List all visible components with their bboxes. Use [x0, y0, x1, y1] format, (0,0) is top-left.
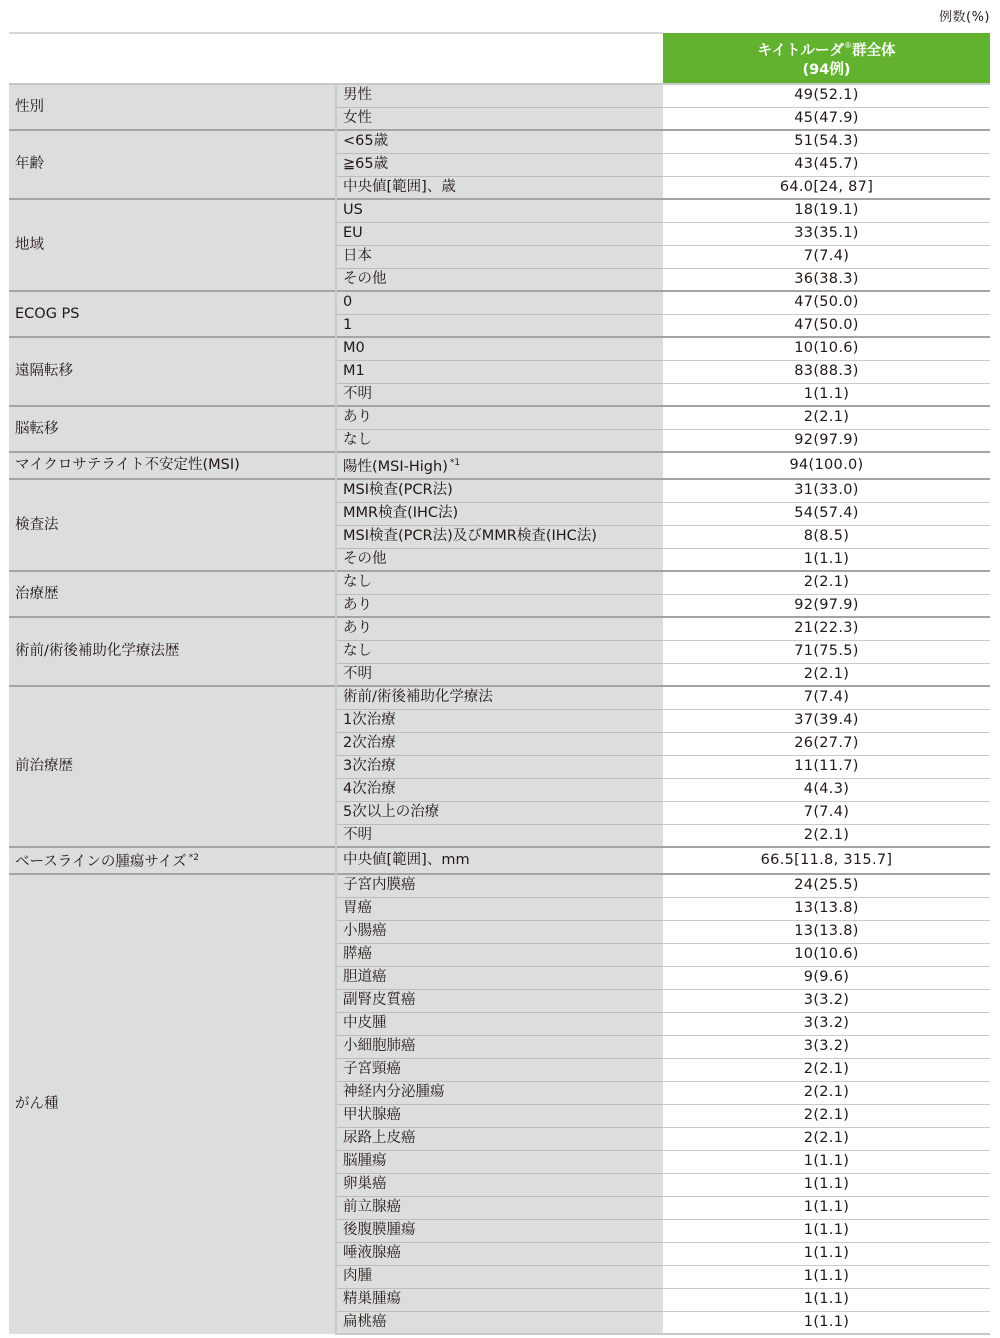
subcategory-cell: 1次治療 — [336, 709, 663, 732]
subcategory-cell: 陽性(MSI-High)*1 — [336, 452, 663, 479]
subcategory-cell: あり — [336, 594, 663, 617]
category-cell: 地域 — [9, 199, 336, 291]
subcategory-label: 術前/術後補助化学療法 — [343, 689, 493, 705]
footnote-marker: *2 — [189, 853, 199, 863]
subcategory-label: MSI検査(PCR法) — [343, 482, 453, 498]
subcategory-cell: 0 — [336, 291, 663, 314]
subcategory-cell: その他 — [336, 548, 663, 571]
subcategory-label: その他 — [343, 551, 387, 567]
subcategory-label: 小腸癌 — [343, 923, 387, 939]
category-label: 性別 — [15, 99, 44, 115]
value-cell: 1(1.1) — [663, 1173, 990, 1196]
table-row: 遠隔転移M010(10.6) — [9, 337, 990, 360]
subcategory-label: 子宮頸癌 — [343, 1061, 401, 1077]
value-cell: 94(100.0) — [663, 452, 990, 479]
value-cell: 1(1.1) — [663, 1311, 990, 1334]
subcategory-label: あり — [343, 597, 372, 613]
value-cell: 37(39.4) — [663, 709, 990, 732]
subcategory-label: 小細胞肺癌 — [343, 1038, 416, 1054]
subcategory-label: あり — [343, 620, 372, 636]
value-cell: 47(50.0) — [663, 291, 990, 314]
subcategory-label: 男性 — [343, 87, 372, 103]
subcategory-cell: 前立腺癌 — [336, 1196, 663, 1219]
value-cell: 13(13.8) — [663, 897, 990, 920]
category-cell: ベースラインの腫瘍サイズ*2 — [9, 847, 336, 874]
subcategory-label: なし — [343, 643, 372, 659]
category-cell: 術前/術後補助化学療法歴 — [9, 617, 336, 686]
subcategory-label: M1 — [343, 363, 365, 379]
category-cell: がん種 — [9, 874, 336, 1334]
value-cell: 10(10.6) — [663, 943, 990, 966]
subcategory-label: 中央値[範囲]、歳 — [343, 179, 456, 195]
header-blank-cell — [9, 33, 663, 84]
group-label-count: (94例) — [803, 62, 851, 78]
category-cell: 年齢 — [9, 130, 336, 199]
subcategory-label: なし — [343, 432, 372, 448]
value-cell: 54(57.4) — [663, 502, 990, 525]
value-cell: 24(25.5) — [663, 874, 990, 897]
value-cell: 1(1.1) — [663, 1196, 990, 1219]
subcategory-cell: 中皮腫 — [336, 1012, 663, 1035]
value-cell: 1(1.1) — [663, 1150, 990, 1173]
subcategory-cell: US — [336, 199, 663, 222]
category-label: マイクロサテライト不安定性(MSI) — [15, 457, 240, 473]
category-label: 検査法 — [15, 517, 59, 533]
table-row: マイクロサテライト不安定性(MSI)陽性(MSI-High)*194(100.0… — [9, 452, 990, 479]
value-cell: 66.5[11.8, 315.7] — [663, 847, 990, 874]
value-cell: 2(2.1) — [663, 1127, 990, 1150]
value-cell: 3(3.2) — [663, 1012, 990, 1035]
subcategory-label: EU — [343, 225, 363, 241]
subcategory-label: 扁桃癌 — [343, 1314, 387, 1330]
baseline-characteristics-table: キイトルーダ®群全体 (94例) 性別男性49(52.1)女性45(47.9)年… — [9, 32, 990, 1335]
value-cell: 2(2.1) — [663, 824, 990, 847]
value-cell: 2(2.1) — [663, 663, 990, 686]
category-cell: 前治療歴 — [9, 686, 336, 847]
table-row: 前治療歴術前/術後補助化学療法7(7.4) — [9, 686, 990, 709]
value-cell: 31(33.0) — [663, 479, 990, 502]
subcategory-label: 女性 — [343, 110, 372, 126]
value-cell: 1(1.1) — [663, 383, 990, 406]
subcategory-label: 5次以上の治療 — [343, 804, 439, 820]
table-row: 性別男性49(52.1) — [9, 84, 990, 107]
value-cell: 18(19.1) — [663, 199, 990, 222]
category-cell: 脳転移 — [9, 406, 336, 452]
group-label-name: キイトルーダ — [758, 43, 844, 59]
subcategory-cell: 不明 — [336, 824, 663, 847]
subcategory-cell: 子宮内膜癌 — [336, 874, 663, 897]
subcategory-label: 1次治療 — [343, 712, 396, 728]
category-cell: マイクロサテライト不安定性(MSI) — [9, 452, 336, 479]
subcategory-cell: 副腎皮質癌 — [336, 989, 663, 1012]
category-label: 脳転移 — [15, 421, 59, 437]
subcategory-label: 後腹膜腫瘍 — [343, 1222, 416, 1238]
subcategory-cell: MMR検査(IHC法) — [336, 502, 663, 525]
subcategory-cell: M0 — [336, 337, 663, 360]
subcategory-label: 不明 — [343, 827, 372, 843]
subcategory-cell: 卵巣癌 — [336, 1173, 663, 1196]
value-cell: 71(75.5) — [663, 640, 990, 663]
subcategory-cell: 唾液腺癌 — [336, 1242, 663, 1265]
subcategory-label: 尿路上皮癌 — [343, 1130, 416, 1146]
value-cell: 11(11.7) — [663, 755, 990, 778]
subcategory-cell: あり — [336, 406, 663, 429]
subcategory-label: 唾液腺癌 — [343, 1245, 401, 1261]
subcategory-cell: 子宮頸癌 — [336, 1058, 663, 1081]
subcategory-cell: 不明 — [336, 383, 663, 406]
subcategory-cell: 1 — [336, 314, 663, 337]
value-cell: 33(35.1) — [663, 222, 990, 245]
category-label: 術前/術後補助化学療法歴 — [15, 643, 179, 659]
value-cell: 3(3.2) — [663, 989, 990, 1012]
value-cell: 2(2.1) — [663, 1058, 990, 1081]
subcategory-label: <65歳 — [343, 133, 388, 149]
subcategory-cell: 胃癌 — [336, 897, 663, 920]
value-cell: 47(50.0) — [663, 314, 990, 337]
value-cell: 26(27.7) — [663, 732, 990, 755]
value-cell: 92(97.9) — [663, 429, 990, 452]
subcategory-label: 副腎皮質癌 — [343, 992, 416, 1008]
table-row: 脳転移あり2(2.1) — [9, 406, 990, 429]
subcategory-label: 日本 — [343, 248, 372, 264]
subcategory-label: 4次治療 — [343, 781, 396, 797]
subcategory-label: 胆道癌 — [343, 969, 387, 985]
subcategory-label: MSI検査(PCR法)及びMMR検査(IHC法) — [343, 528, 597, 544]
subcategory-label: 精巣腫瘍 — [343, 1291, 401, 1307]
value-cell: 13(13.8) — [663, 920, 990, 943]
value-cell: 10(10.6) — [663, 337, 990, 360]
subcategory-label: 膵癌 — [343, 946, 372, 962]
table-row: 地域US18(19.1) — [9, 199, 990, 222]
subcategory-cell: 不明 — [336, 663, 663, 686]
value-cell: 64.0[24, 87] — [663, 176, 990, 199]
subcategory-cell: 小腸癌 — [336, 920, 663, 943]
table-row: がん種子宮内膜癌24(25.5) — [9, 874, 990, 897]
value-cell: 92(97.9) — [663, 594, 990, 617]
subcategory-label: 3次治療 — [343, 758, 396, 774]
subcategory-label: 前立腺癌 — [343, 1199, 401, 1215]
subcategory-cell: 扁桃癌 — [336, 1311, 663, 1334]
value-cell: 7(7.4) — [663, 686, 990, 709]
subcategory-label: US — [343, 202, 363, 218]
subcategory-cell: 胆道癌 — [336, 966, 663, 989]
subcategory-label: 不明 — [343, 666, 372, 682]
value-cell: 7(7.4) — [663, 801, 990, 824]
subcategory-label: 中皮腫 — [343, 1015, 387, 1031]
subcategory-cell: M1 — [336, 360, 663, 383]
value-cell: 51(54.3) — [663, 130, 990, 153]
value-cell: 2(2.1) — [663, 1104, 990, 1127]
registered-mark: ® — [844, 41, 852, 50]
subcategory-cell: 中央値[範囲]、mm — [336, 847, 663, 874]
subcategory-label: 肉腫 — [343, 1268, 372, 1284]
value-cell: 8(8.5) — [663, 525, 990, 548]
category-label: がん種 — [15, 1096, 59, 1112]
subcategory-label: 神経内分泌腫瘍 — [343, 1084, 445, 1100]
subcategory-label: M0 — [343, 340, 365, 356]
subcategory-cell: 5次以上の治療 — [336, 801, 663, 824]
table-body: 性別男性49(52.1)女性45(47.9)年齢<65歳51(54.3)≧65歳… — [9, 84, 990, 1334]
category-cell: 治療歴 — [9, 571, 336, 617]
subcategory-label: その他 — [343, 271, 387, 287]
subcategory-cell: 尿路上皮癌 — [336, 1127, 663, 1150]
table-row: 術前/術後補助化学療法歴あり21(22.3) — [9, 617, 990, 640]
subcategory-label: ≧65歳 — [343, 156, 388, 172]
subcategory-cell: 甲状腺癌 — [336, 1104, 663, 1127]
subcategory-label: 卵巣癌 — [343, 1176, 387, 1192]
value-cell: 2(2.1) — [663, 1081, 990, 1104]
value-cell: 21(22.3) — [663, 617, 990, 640]
subcategory-label: なし — [343, 574, 372, 590]
subcategory-cell: 後腹膜腫瘍 — [336, 1219, 663, 1242]
category-label: 前治療歴 — [15, 758, 73, 774]
subcategory-cell: 小細胞肺癌 — [336, 1035, 663, 1058]
subcategory-cell: 日本 — [336, 245, 663, 268]
footnote-marker: *1 — [450, 458, 460, 468]
table-header-row: キイトルーダ®群全体 (94例) — [9, 33, 990, 84]
category-label: 治療歴 — [15, 586, 59, 602]
category-label: ECOG PS — [15, 306, 80, 322]
subcategory-label: 陽性(MSI-High) — [343, 459, 448, 475]
table-row: 治療歴なし2(2.1) — [9, 571, 990, 594]
subcategory-cell: 脳腫瘍 — [336, 1150, 663, 1173]
category-cell: 遠隔転移 — [9, 337, 336, 406]
category-label: 遠隔転移 — [15, 363, 73, 379]
subcategory-label: 1 — [343, 317, 352, 333]
subcategory-label: 甲状腺癌 — [343, 1107, 401, 1123]
table-row: 年齢<65歳51(54.3) — [9, 130, 990, 153]
value-cell: 1(1.1) — [663, 1219, 990, 1242]
value-cell: 4(4.3) — [663, 778, 990, 801]
unit-note: 例数(%) — [939, 6, 990, 25]
subcategory-label: 子宮内膜癌 — [343, 877, 416, 893]
value-cell: 7(7.4) — [663, 245, 990, 268]
subcategory-label: 不明 — [343, 386, 372, 402]
subcategory-cell: 精巣腫瘍 — [336, 1288, 663, 1311]
value-cell: 36(38.3) — [663, 268, 990, 291]
subcategory-cell: なし — [336, 640, 663, 663]
value-cell: 2(2.1) — [663, 406, 990, 429]
subcategory-cell: EU — [336, 222, 663, 245]
table-row: ベースラインの腫瘍サイズ*2中央値[範囲]、mm66.5[11.8, 315.7… — [9, 847, 990, 874]
value-cell: 3(3.2) — [663, 1035, 990, 1058]
category-label: 年齢 — [15, 156, 44, 172]
value-cell: 1(1.1) — [663, 548, 990, 571]
subcategory-label: MMR検査(IHC法) — [343, 505, 458, 521]
category-label: 地域 — [15, 237, 44, 253]
value-cell: 43(45.7) — [663, 153, 990, 176]
value-cell: 9(9.6) — [663, 966, 990, 989]
subcategory-cell: ≧65歳 — [336, 153, 663, 176]
subcategory-cell: MSI検査(PCR法)及びMMR検査(IHC法) — [336, 525, 663, 548]
subcategory-cell: 2次治療 — [336, 732, 663, 755]
value-cell: 45(47.9) — [663, 107, 990, 130]
subcategory-cell: 神経内分泌腫瘍 — [336, 1081, 663, 1104]
subcategory-cell: 男性 — [336, 84, 663, 107]
value-cell: 1(1.1) — [663, 1288, 990, 1311]
subcategory-cell: 4次治療 — [336, 778, 663, 801]
category-cell: 性別 — [9, 84, 336, 130]
table-row: ECOG PS047(50.0) — [9, 291, 990, 314]
subcategory-label: 中央値[範囲]、mm — [343, 852, 470, 868]
subcategory-cell: 中央値[範囲]、歳 — [336, 176, 663, 199]
group-label-suffix: 群全体 — [852, 43, 896, 59]
subcategory-cell: 女性 — [336, 107, 663, 130]
category-label: ベースラインの腫瘍サイズ — [15, 854, 187, 870]
header-group-keytruda-all: キイトルーダ®群全体 (94例) — [663, 33, 990, 84]
subcategory-cell: その他 — [336, 268, 663, 291]
table-row: 検査法MSI検査(PCR法)31(33.0) — [9, 479, 990, 502]
subcategory-cell: なし — [336, 429, 663, 452]
subcategory-cell: <65歳 — [336, 130, 663, 153]
subcategory-cell: 術前/術後補助化学療法 — [336, 686, 663, 709]
subcategory-label: 脳腫瘍 — [343, 1153, 387, 1169]
value-cell: 1(1.1) — [663, 1265, 990, 1288]
subcategory-cell: あり — [336, 617, 663, 640]
subcategory-cell: MSI検査(PCR法) — [336, 479, 663, 502]
subcategory-cell: なし — [336, 571, 663, 594]
subcategory-label: 2次治療 — [343, 735, 396, 751]
value-cell: 83(88.3) — [663, 360, 990, 383]
subcategory-label: あり — [343, 409, 372, 425]
value-cell: 49(52.1) — [663, 84, 990, 107]
value-cell: 1(1.1) — [663, 1242, 990, 1265]
subcategory-label: 0 — [343, 294, 352, 310]
subcategory-label: 胃癌 — [343, 900, 372, 916]
subcategory-cell: 肉腫 — [336, 1265, 663, 1288]
category-cell: ECOG PS — [9, 291, 336, 337]
subcategory-cell: 膵癌 — [336, 943, 663, 966]
value-cell: 2(2.1) — [663, 571, 990, 594]
category-cell: 検査法 — [9, 479, 336, 571]
subcategory-cell: 3次治療 — [336, 755, 663, 778]
